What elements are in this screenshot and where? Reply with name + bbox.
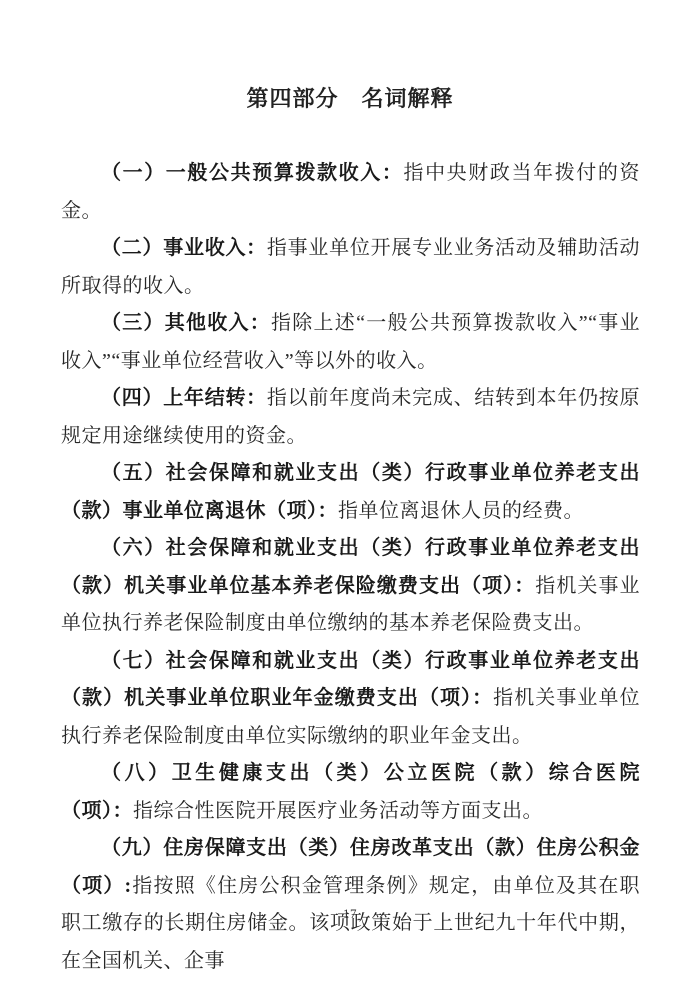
glossary-content: （一）一般公共预算拨款收入：指中央财政当年拨付的资金。 （二）事业收入：指事业单… [61,155,640,980]
glossary-paragraph: （一）一般公共预算拨款收入：指中央财政当年拨付的资金。 [61,155,640,230]
glossary-paragraph: （二）事业收入：指事业单位开展专业业务活动及辅助活动所取得的收入。 [61,230,640,305]
glossary-paragraph: （五）社会保障和就业支出（类）行政事业单位养老支出（款）事业单位离退休（项）：指… [61,455,640,530]
definition-text: 指按照《住房公积金管理条例》规定，由单位及其在职职工缴存的长期住房储金。该项政策… [61,875,640,972]
page-number: 17 [0,906,700,922]
term-text: （四）上年结转： [101,387,267,409]
glossary-paragraph: （九）住房保障支出（类）住房改革支出（款）住房公积金（项）:指按照《住房公积金管… [61,830,640,980]
section-title: 第四部分 名词解释 [0,86,700,112]
term-text: （一）一般公共预算拨款收入： [101,162,403,184]
term-text: （二）事业收入： [101,237,267,259]
definition-text: 指综合性医院开展医疗业务活动等方面支出。 [133,800,543,822]
glossary-paragraph: （三）其他收入：指除上述“一般公共预算拨款收入”“事业收入”“事业单位经营收入”… [61,305,640,380]
definition-text: 指单位离退休人员的经费。 [338,500,584,522]
term-text: （三）其他收入： [101,312,271,334]
glossary-paragraph: （八）卫生健康支出（类）公立医院（款）综合医院（项）：指综合性医院开展医疗业务活… [61,755,640,830]
glossary-paragraph: （四）上年结转：指以前年度尚未完成、结转到本年仍按原规定用途继续使用的资金。 [61,380,640,455]
glossary-paragraph: （七）社会保障和就业支出（类）行政事业单位养老支出（款）机关事业单位职业年金缴费… [61,643,640,756]
glossary-paragraph: （六）社会保障和就业支出（类）行政事业单位养老支出（款）机关事业单位基本养老保险… [61,530,640,643]
document-page: 第四部分 名词解释 （一）一般公共预算拨款收入：指中央财政当年拨付的资金。 （二… [0,0,700,990]
